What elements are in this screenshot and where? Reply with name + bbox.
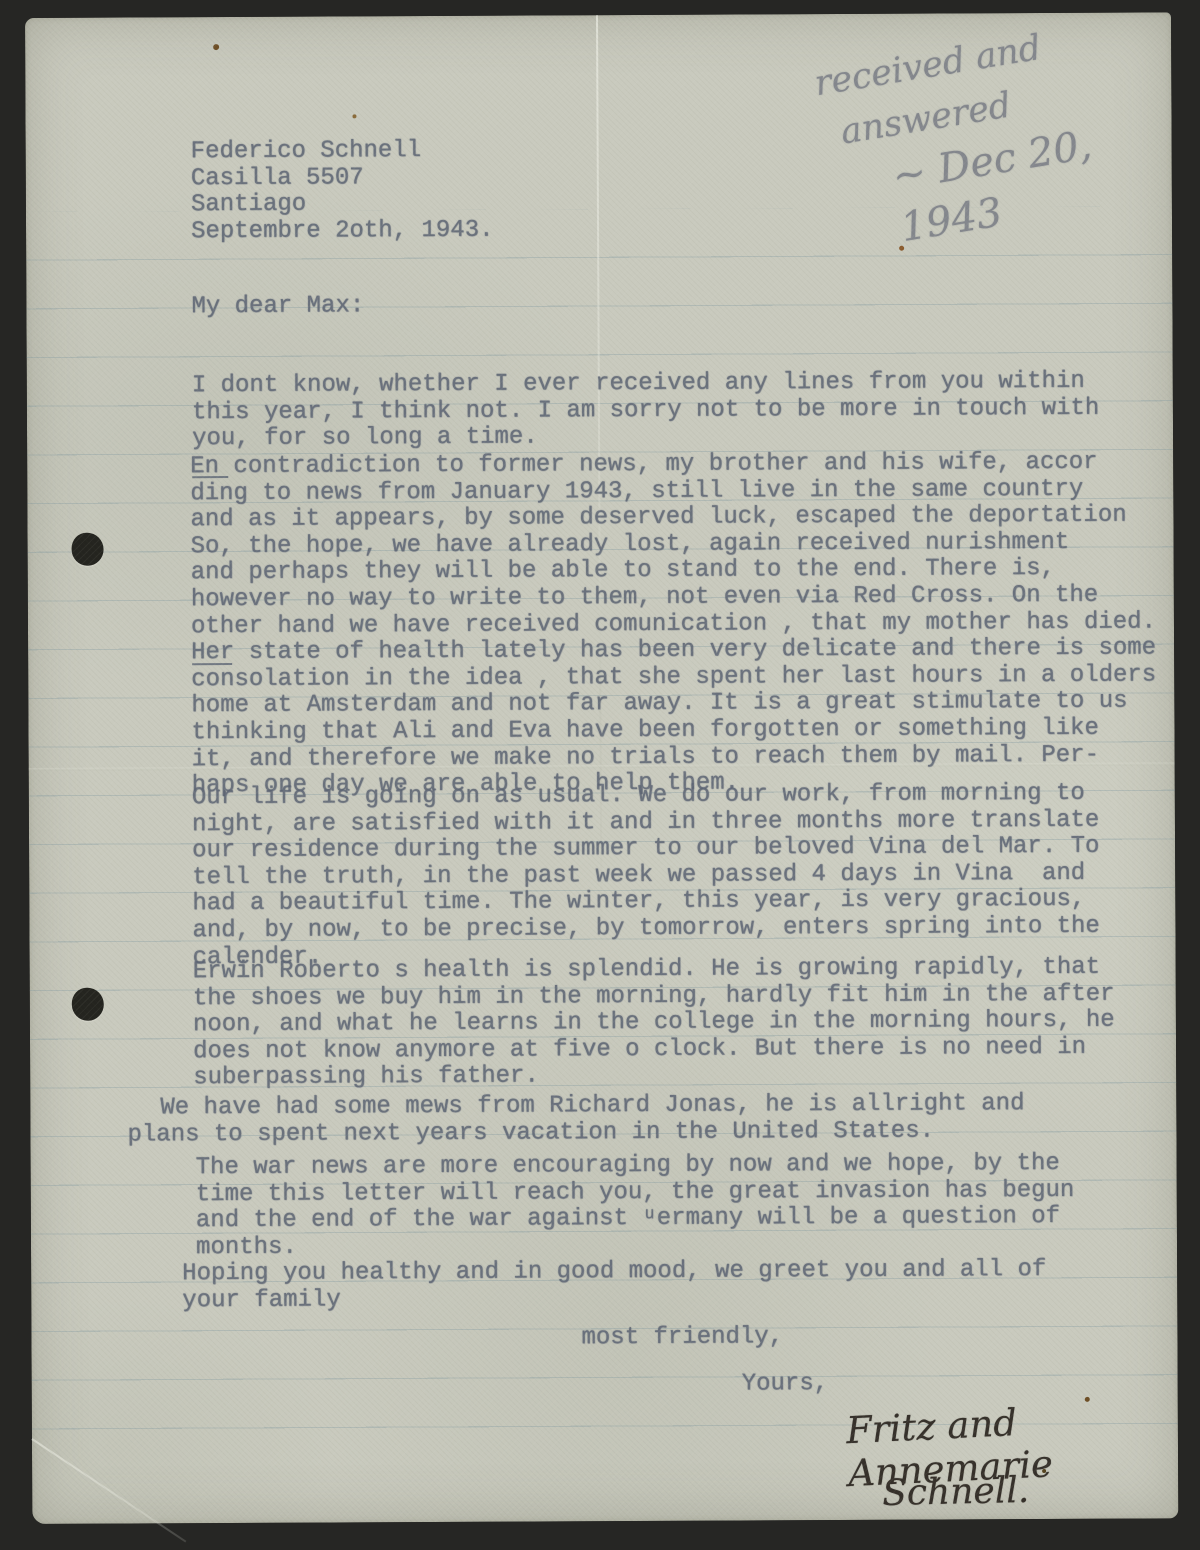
valediction-line: Yours, (742, 1371, 829, 1398)
paragraph-5: We have had some mews from Richard Jonas… (127, 1091, 1024, 1149)
paper-speck (213, 44, 219, 50)
paragraph-3: Our life is going on as usual. We do our… (192, 781, 1100, 972)
underline-mark-en (192, 476, 228, 478)
closing-line: most friendly, (581, 1324, 783, 1352)
received-answered-note: received and answered ~ Dec 20, 1943 (777, 1, 1199, 270)
paper-speck (352, 114, 356, 118)
salutation: My dear Max: (191, 293, 364, 320)
paragraph-7: Hoping you healthy and in good mood, we … (182, 1257, 1046, 1314)
paragraph-4: Erwin Roberto s health is splendid. He i… (193, 955, 1115, 1092)
signature-surname: Schnell. (882, 1470, 1030, 1514)
paragraph-1: I dont know, whether I ever received any… (192, 369, 1100, 453)
punch-hole-bottom (72, 988, 104, 1021)
punch-hole-top (72, 533, 104, 566)
scanned-letter-scene: received and answered ~ Dec 20, 1943 Fed… (0, 0, 1200, 1550)
paragraph-2: En contradiction to former news, my brot… (190, 449, 1157, 799)
letter-page: received and answered ~ Dec 20, 1943 Fed… (25, 12, 1178, 1524)
paragraph-6: The war news are more encouraging by now… (196, 1151, 1075, 1262)
sender-address-block: Federico Schnell Casilla 5507 Santiago S… (191, 138, 494, 246)
diagonal-fold-crease (31, 1438, 186, 1542)
underline-mark-her (192, 663, 232, 665)
